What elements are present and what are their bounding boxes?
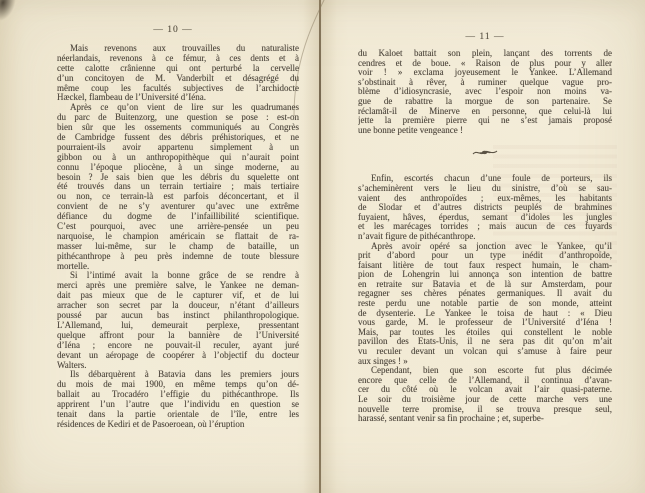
text-line: arracher son secret par la douceur, n’ét… [57, 301, 299, 311]
text-line: Cependant, bien que son escorte fut plus… [358, 366, 612, 376]
paragraph: Si l’intimé avait la bonne grâce de se r… [57, 271, 299, 370]
text-line: Le soir du troisième jour de cette march… [358, 395, 612, 405]
text-line: dait pas mieux que de le capturer vif, e… [57, 291, 299, 301]
text-line: Après avoir opéré sa jonction avec le Ya… [358, 242, 612, 252]
text-line: Si l’intimé avait la bonne grâce de se r… [57, 271, 299, 281]
text-line: défiance du dogme de l’infaillibilité sc… [57, 212, 299, 222]
text-line: devant un aéropage de coopérer à l’objec… [57, 351, 299, 361]
text-line: s’acheminèrent vers le lieu du sinistre,… [358, 184, 612, 194]
text-line: réclamât-il de Minerve en personne, que … [358, 107, 612, 117]
text-line: du mois de mai 1900, en même temps qu’on… [57, 380, 299, 390]
text-line: Mais revenons aux trouvailles du natural… [57, 44, 299, 54]
paragraph: Après ce qu’on vient de lire sur les qua… [57, 103, 299, 271]
text-line: Après ce qu’on vient de lire sur les qua… [57, 103, 299, 113]
paragraph: Cependant, bien que son escorte fut plus… [358, 366, 612, 424]
text-line: gue de rabattre la morgue de son partena… [358, 97, 612, 107]
text-line: prit d’abord pour un type inédit d’anthr… [358, 251, 612, 261]
paragraph: du Kaloet battait son plein, lançant des… [358, 49, 612, 135]
text-line: ou non, ce terrain-là est parfois déconc… [57, 192, 299, 202]
text-line: cendres et de boue. « Raison de plus pou… [358, 59, 612, 69]
page-body: du Kaloet battait son plein, lançant des… [358, 49, 612, 424]
page-header-left: — 10 — [52, 25, 294, 35]
text-line: C’est pourquoi, avec une arrière-pensée … [57, 222, 299, 232]
text-line: pion de Lohengrin lui annonça son intent… [358, 270, 612, 280]
page-right: — 11 — du Kaloet battait son plein, lanç… [321, 0, 645, 493]
text-line: quelque affront pour la bannière de l’Un… [57, 331, 299, 341]
paragraph: Ils débarquèrent à Batavia dans les prem… [57, 370, 299, 429]
text-line: merci après une première salve, le Yanke… [57, 281, 299, 291]
text-line: nouvelle terre promise, il se trouva pre… [358, 405, 612, 415]
text-line: du parc de Buitenzorg, une question se p… [57, 113, 299, 123]
text-line: néerlandais, revenons à ce fémur, à ces … [57, 54, 299, 64]
text-line: Ils débarquèrent à Batavia dans les prem… [57, 370, 299, 380]
text-line: L’Allemand, lui, demeurait perplexe, pre… [57, 321, 299, 331]
text-line: pithécanthrope à peu près indemne de tou… [57, 252, 299, 262]
text-line: poussé par aucun bas instinct philanthro… [57, 311, 299, 321]
text-line: cer du côté où le volcan avait l’air qua… [358, 385, 612, 395]
page-body: Mais revenons aux trouvailles du natural… [57, 44, 299, 430]
text-line: même coup les facultés subjectives de l’… [57, 84, 299, 94]
text-line: connu l’époque pliocène, à un singe mode… [57, 163, 299, 173]
text-line: voir ! » exclama joyeusement le Yankee. … [358, 68, 612, 78]
text-line: vous garde, M. le professeur de l’Univer… [358, 318, 612, 328]
text-line: Hæckel, flambeau de l’Université d’Iéna. [57, 93, 299, 103]
text-line: mortelle. [57, 262, 299, 272]
text-line: pourraient-ils avoir appartenu simplemen… [57, 143, 299, 153]
text-line: encore que celle de l’Allemand, il conti… [358, 376, 612, 386]
text-line: besoin ? Je sais bien que les débris du … [57, 173, 299, 183]
text-line: s’obstinait à rêver, à ruminer quelque v… [358, 78, 612, 88]
paragraph: Enfin, escortés chacun d’une foule de po… [358, 174, 612, 241]
text-line: faisant litière de tout faux respect hum… [358, 261, 612, 271]
gutter-line [319, 0, 321, 493]
paragraph: Après avoir opéré sa jonction avec le Ya… [358, 242, 612, 367]
text-line: convient de ne s’y aventurer qu’avec une… [57, 202, 299, 212]
text-line: résidences de Kediri et de Pasoeroean, o… [57, 420, 299, 430]
text-line: tenait dans la partie orientale de l’île… [57, 410, 299, 420]
text-line: cette calotte crânienne qui ont perturbé… [57, 64, 299, 74]
text-line: apprirent l’un l’autre que l’individu en… [57, 400, 299, 410]
text-line: jette la première pierre qui ne s’est ja… [358, 116, 612, 126]
text-line: harassé, sentant venir sa fin prochaine … [358, 414, 612, 424]
text-line: Mais, par toutes les étoiles qui constel… [358, 328, 612, 338]
text-line: Walters. [57, 361, 299, 371]
text-line: regagner ses chères pénates germaniques.… [358, 289, 612, 299]
paragraph: Mais revenons aux trouvailles du natural… [57, 44, 299, 103]
text-line: vaient des anthropoïdes ; eux-mêmes, les… [358, 194, 612, 204]
text-line: gibbon ou à un anthropopithèque qui n’au… [57, 153, 299, 163]
text-line: et les marécages torrides ; mais aucun d… [358, 222, 612, 232]
text-line: bien sûr que les ossements communiqués a… [57, 123, 299, 133]
text-line: une bonne petite vengeance ! [358, 126, 612, 136]
text-line: narquoise, le champion américain se flat… [57, 232, 299, 242]
text-line: fuyaient, hâves, éperdus, semant d’idole… [358, 213, 612, 223]
text-line: vu reculer devant un volcan qui s’amuse … [358, 347, 612, 357]
text-line: reste perdu une notable partie de son mo… [358, 299, 612, 309]
text-line: aux singes ! » [358, 357, 612, 367]
text-line: pavillon des Etats-Unis, il ne sera pas … [358, 337, 612, 347]
text-line: d’Iéna ; encore ne pouvait-il reculer, a… [57, 341, 299, 351]
text-line: de Slodar et d’autres districts peuplés … [358, 203, 612, 213]
page-header-right: — 11 — [358, 32, 612, 42]
page-left: — 10 — Mais revenons aux trouvailles du … [0, 0, 321, 493]
text-line: du Kaloet battait son plein, lançant des… [358, 49, 612, 59]
text-line: masser lui-même, sur le champ de bataill… [57, 242, 299, 252]
text-line: blème d’idiosyncrasie, avec l’espoir non… [358, 87, 612, 97]
text-line: de Cambridge fussent des débris préhisto… [57, 133, 299, 143]
text-line: d’un concitoyen de M. Vanderbilt et désa… [57, 74, 299, 84]
text-line: Enfin, escortés chacun d’une foule de po… [358, 174, 612, 184]
text-line: n’avait figure de pithécanthrope. [358, 232, 612, 242]
book-scan: — 10 — Mais revenons aux trouvailles du … [0, 0, 645, 493]
text-line: ballait au Trocadéro l’effigie du pithéc… [57, 390, 299, 400]
fleuron-ornament [358, 147, 612, 158]
text-line: de dysenterie. Le Yankee le toisa de hau… [358, 309, 612, 319]
text-line: en retraite sur Batavia et de là sur Ams… [358, 280, 612, 290]
text-line: été trouvés dans un terrain tertiaire ; … [57, 182, 299, 192]
